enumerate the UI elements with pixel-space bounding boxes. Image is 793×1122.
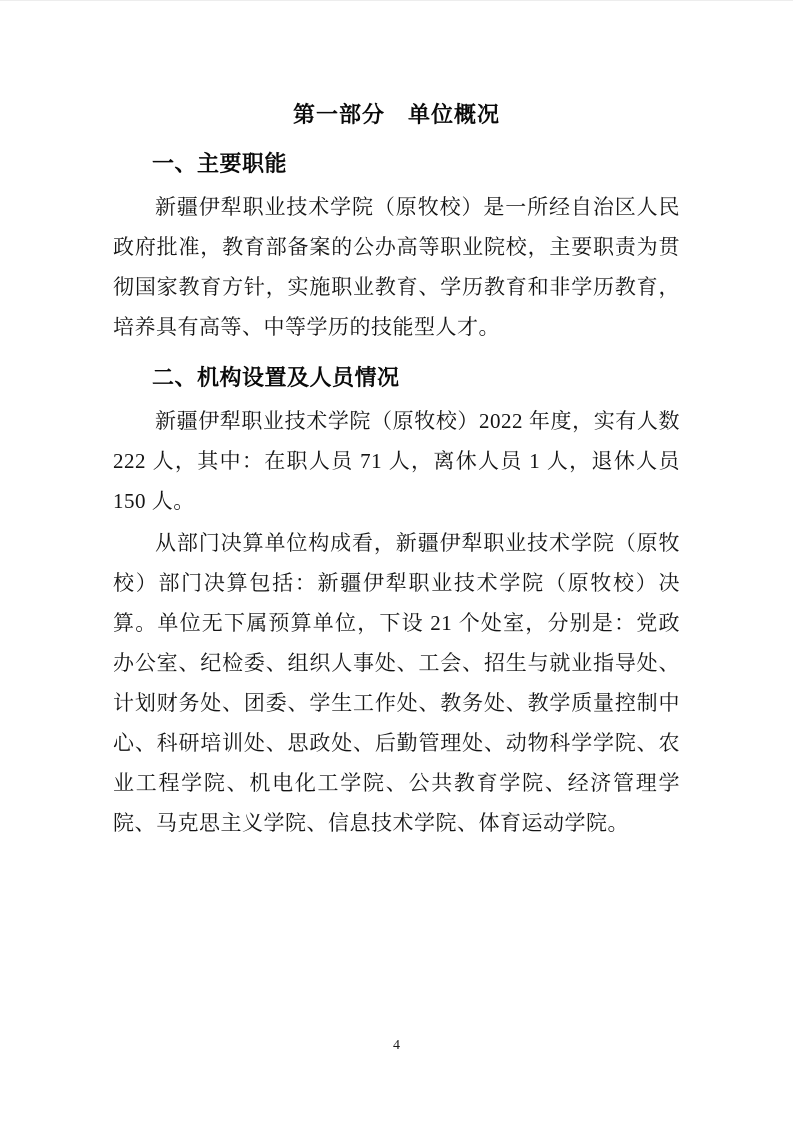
section-2-paragraph-2: 从部门决算单位构成看，新疆伊犁职业技术学院（原牧校）部门决算包括：新疆伊犁职业技… <box>113 523 680 843</box>
document-page: 第一部分 单位概况 一、主要职能 新疆伊犁职业技术学院（原牧校）是一所经自治区人… <box>0 0 793 1122</box>
part-title: 第一部分 单位概况 <box>113 97 680 133</box>
section-2-paragraph-1: 新疆伊犁职业技术学院（原牧校）2022 年度，实有人数 222 人，其中：在职人… <box>113 401 680 521</box>
page-content: 第一部分 单位概况 一、主要职能 新疆伊犁职业技术学院（原牧校）是一所经自治区人… <box>113 97 680 843</box>
section-2-heading: 二、机构设置及人员情况 <box>113 360 680 396</box>
section-1-paragraph-1: 新疆伊犁职业技术学院（原牧校）是一所经自治区人民政府批准，教育部备案的公办高等职… <box>113 187 680 347</box>
page-number: 4 <box>0 1037 793 1055</box>
section-1-heading: 一、主要职能 <box>113 146 680 182</box>
